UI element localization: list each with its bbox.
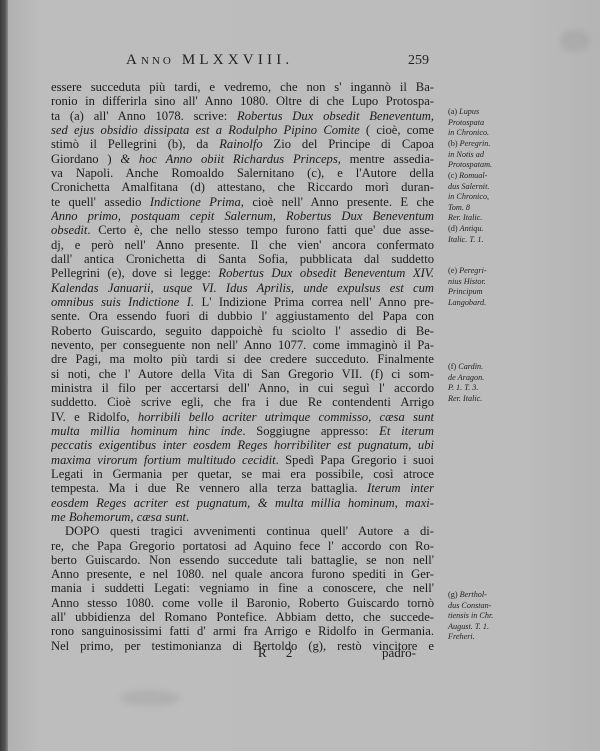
page-footer: R 2 padro- (0, 645, 600, 663)
text-line: essere succeduta più tardi, e vedremo, c… (51, 80, 434, 94)
text-line: re, che Papa Gregorio portatosi ad Aquin… (51, 539, 434, 553)
margin-note: (c) Romual-dus Salernit.in Chronico,Tom.… (448, 171, 528, 224)
margin-note: (b) Peregrin.in Notis adProtospatam. (448, 139, 528, 171)
book-page: ANNO MLXXVIII. 259 essere succeduta più … (0, 0, 600, 751)
text-line: eosdem Reges acriter est pugnatum, & mul… (51, 496, 434, 510)
text-line: IV. e Ridolfo, horribili bello acriter u… (51, 410, 434, 424)
text-line: ronio in differirla sino all' Anno 1080.… (51, 94, 434, 108)
margin-note: (e) Peregri-nius Histor.PrincipumLangoba… (448, 266, 528, 308)
text-line: Roberto Guiscardo, seguito dappoichè fu … (51, 324, 434, 338)
text-line: all' ubbidienza del Romano Pontefice. Ab… (51, 610, 434, 624)
text-line: Anno presente, e nel 1080. nel quale anc… (51, 567, 434, 581)
text-line: dj, e però nell' Anno presente. Il che v… (51, 238, 434, 252)
text-line: Anno stesso 1080. come volle il Baronio,… (51, 596, 434, 610)
margin-note: (g) Berthol-dus Constan-tiensis in Chr.A… (448, 590, 528, 643)
text-line: berto Guiscardo. Non essendo succedute t… (51, 553, 434, 567)
text-line: dre Pagi, ma molto più tardi si dee cred… (51, 352, 434, 366)
text-line: tempesta. Ma i due Re vennero alla terza… (51, 481, 434, 495)
margin-note: (f) Cardin.de Aragon.P. 1. T. 3.Rer. Ita… (448, 362, 528, 404)
catchword: padro- (382, 645, 416, 661)
body-text: essere succeduta più tardi, e vedremo, c… (51, 80, 434, 653)
text-line: obsedit. Certo è, che nello stesso tempo… (51, 223, 434, 237)
text-line: DOPO questi tragici avvenimenti continua… (51, 524, 434, 538)
running-title: ANNO MLXXVIII. (126, 52, 293, 69)
text-line: suddetto. Cioè scrive egli, che fra i du… (51, 395, 434, 409)
text-line: Anno primo, postquam cepit Salernum, Rob… (51, 209, 434, 223)
margin-note: (a) LupusProtospatain Chronico. (448, 107, 528, 139)
page-number: 259 (408, 53, 429, 69)
text-line: va Napoli. Anche Romoaldo Salernitano (c… (51, 166, 434, 180)
paper-stain (560, 30, 590, 52)
running-head: ANNO MLXXVIII. 259 (0, 52, 600, 72)
text-line: ministra il filo per accertarsi dell' An… (51, 381, 434, 395)
text-line: stimò il Pellegrini (b), da Rainolfo Zio… (51, 137, 434, 151)
text-line: me Bohemorum, cæsa sunt. (51, 510, 434, 524)
text-line: multa millia hominum hinc inde. Soggiugn… (51, 424, 434, 438)
text-line: peccatis exigentibus inter eosdem Reges … (51, 438, 434, 452)
page-gutter-shadow (0, 0, 8, 751)
text-line: rono sanguinosissimi fatti d' armi fra A… (51, 624, 434, 638)
text-line: Cronichetta Amalfitana (d) attestano, ch… (51, 180, 434, 194)
text-line: Pellegrini (e), dove si legge: Robertus … (51, 266, 434, 280)
text-line: nevento, per conseguente non nell' Anno … (51, 338, 434, 352)
text-line: te quell' assedio Indictione Prima, cioè… (51, 195, 434, 209)
text-line: maxima virorum fortium multitudo cecidit… (51, 453, 434, 467)
text-line: ta (a) all' Anno 1078. scrive: Robertus … (51, 109, 434, 123)
text-line: Legati in Germania per quetar, se mai er… (51, 467, 434, 481)
text-line: mania i suddetti Legati: vegniamo in fin… (51, 581, 434, 595)
text-line: sente. Ora essendo fuori di dubbio l' ag… (51, 309, 434, 323)
paper-stain (120, 690, 180, 706)
text-line: dall' antica Cronichetta di Santa Sofia,… (51, 252, 434, 266)
margin-note: (d) Antiqu.Italic. T. 1. (448, 224, 528, 245)
text-line: Kalendas Januarii, usque VI. Idus Aprili… (51, 281, 434, 295)
text-line: si noti, che l' Autore della Vita di San… (51, 367, 434, 381)
signature-mark: R 2 (258, 645, 300, 661)
text-line: omnibus suis Indictione I. L' Indizione … (51, 295, 434, 309)
text-line: Giordano ) & hoc Anno obiit Richardus Pr… (51, 152, 434, 166)
text-line: sed ejus obsidio dissipata est a Rodulph… (51, 123, 434, 137)
